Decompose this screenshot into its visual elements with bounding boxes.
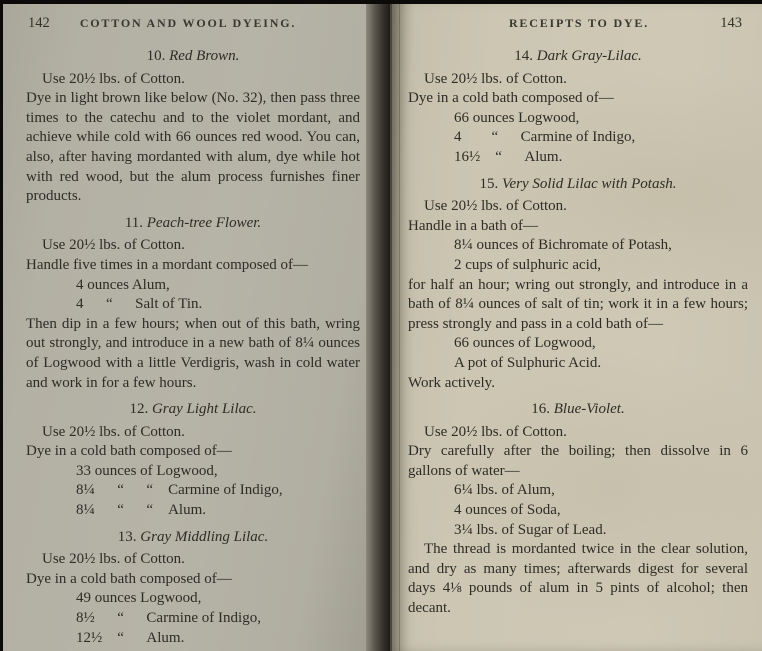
right-running-title: RECEIPTS TO DYE.	[509, 16, 649, 30]
ingredient-line: 3¼ lbs. of Sugar of Lead.	[408, 521, 748, 541]
paragraph: Dye in a cold bath composed of—	[26, 442, 360, 462]
paragraph: Dye in a cold bath composed of—	[408, 89, 748, 109]
section-number: 11.	[125, 215, 147, 231]
section: 15. Very Solid Lilac with Potash.Use 20½…	[408, 175, 748, 394]
section-number: 13.	[118, 529, 141, 545]
use-line: Use 20½ lbs. of Cotton.	[26, 550, 360, 570]
section-number: 12.	[129, 401, 152, 417]
section-heading: 10. Red Brown.	[26, 47, 360, 67]
section: 16. Blue-Violet.Use 20½ lbs. of Cotton.D…	[408, 400, 748, 619]
ingredient-line: 4 ounces Alum,	[26, 276, 360, 296]
section-title: Very Solid Lilac with Potash.	[502, 176, 677, 192]
ingredient-line: 2 cups of sulphuric acid,	[408, 256, 748, 276]
paragraph: for half an hour; wring out strongly, an…	[408, 276, 748, 335]
section-heading: 12. Gray Light Lilac.	[26, 400, 360, 420]
paragraph: The thread is mordanted twice in the cle…	[408, 540, 748, 618]
ingredient-line: 4 “ Salt of Tin.	[26, 295, 360, 315]
ingredient-line: 66 ounces of Logwood,	[408, 334, 748, 354]
use-line: Use 20½ lbs. of Cotton.	[408, 70, 748, 90]
section-heading: 14. Dark Gray-Lilac.	[408, 47, 748, 67]
ingredient-line: 66 ounces Logwood,	[408, 109, 748, 129]
section-heading: 15. Very Solid Lilac with Potash.	[408, 175, 748, 195]
left-page-header: 142 COTTON AND WOOL DYEING.	[26, 14, 360, 34]
use-line: Use 20½ lbs. of Cotton.	[26, 423, 360, 443]
right-page-header: RECEIPTS TO DYE. 143	[408, 14, 748, 34]
section-title: Gray Middling Lilac.	[140, 529, 268, 545]
paragraph: Dye in a cold bath composed of—	[26, 570, 360, 590]
section-number: 15.	[479, 176, 502, 192]
use-line: Use 20½ lbs. of Cotton.	[26, 70, 360, 90]
book-scan: 142 COTTON AND WOOL DYEING. 10. Red Brow…	[0, 0, 762, 651]
ingredient-line: 8½ “ Carmine of Indigo,	[26, 609, 360, 629]
book-gutter	[366, 0, 390, 651]
left-running-title: COTTON AND WOOL DYEING.	[80, 16, 296, 30]
section-number: 10.	[147, 48, 170, 64]
section-title: Blue-Violet.	[554, 401, 625, 417]
use-line: Use 20½ lbs. of Cotton.	[408, 423, 748, 443]
use-line: Use 20½ lbs. of Cotton.	[408, 197, 748, 217]
section-number: 14.	[514, 48, 537, 64]
section: 10. Red Brown.Use 20½ lbs. of Cotton.Dye…	[26, 47, 360, 207]
left-page-number: 142	[28, 14, 50, 34]
right-page-number: 143	[720, 14, 742, 34]
ingredient-line: 4 “ Carmine of Indigo,	[408, 128, 748, 148]
ingredient-line: 8¼ “ “ Carmine of Indigo,	[26, 481, 360, 501]
ingredient-line: 8¼ ounces of Bichromate of Potash,	[408, 236, 748, 256]
ingredient-line: 8¼ “ “ Alum.	[26, 501, 360, 521]
use-line: Use 20½ lbs. of Cotton.	[26, 236, 360, 256]
paragraph: Dye in light brown like below (No. 32), …	[26, 89, 360, 207]
right-page: RECEIPTS TO DYE. 143 14. Dark Gray-Lilac…	[390, 0, 762, 651]
section-heading: 16. Blue-Violet.	[408, 400, 748, 420]
section-title: Dark Gray-Lilac.	[537, 48, 642, 64]
section: 12. Gray Light Lilac.Use 20½ lbs. of Cot…	[26, 400, 360, 521]
left-page-body: 10. Red Brown.Use 20½ lbs. of Cotton.Dye…	[26, 47, 360, 648]
ingredient-line: 4 ounces of Soda,	[408, 501, 748, 521]
paragraph: Dry carefully after the boiling; then di…	[408, 442, 748, 481]
section-heading: 11. Peach-tree Flower.	[26, 214, 360, 234]
section-number: 16.	[531, 401, 554, 417]
section-title: Peach-tree Flower.	[147, 215, 261, 231]
ingredient-line: A pot of Sulphuric Acid.	[408, 354, 748, 374]
paragraph: Handle in a bath of—	[408, 217, 748, 237]
ingredient-line: 33 ounces of Logwood,	[26, 462, 360, 482]
left-page: 142 COTTON AND WOOL DYEING. 10. Red Brow…	[0, 0, 366, 651]
ingredient-line: 6¼ lbs. of Alum,	[408, 481, 748, 501]
ingredient-line: 12½ “ Alum.	[26, 629, 360, 649]
section: 13. Gray Middling Lilac.Use 20½ lbs. of …	[26, 528, 360, 649]
ingredient-line: 16½ “ Alum.	[408, 148, 748, 168]
section: 11. Peach-tree Flower.Use 20½ lbs. of Co…	[26, 214, 360, 393]
paragraph: Handle five times in a mordant composed …	[26, 256, 360, 276]
paragraph: Work actively.	[408, 374, 748, 394]
section: 14. Dark Gray-Lilac.Use 20½ lbs. of Cott…	[408, 47, 748, 168]
right-page-body: 14. Dark Gray-Lilac.Use 20½ lbs. of Cott…	[408, 47, 748, 619]
paragraph: Then dip in a few hours; when out of thi…	[26, 315, 360, 393]
scan-top-edge	[0, 0, 762, 4]
section-title: Red Brown.	[169, 48, 239, 64]
section-heading: 13. Gray Middling Lilac.	[26, 528, 360, 548]
ingredient-line: 49 ounces Logwood,	[26, 589, 360, 609]
section-title: Gray Light Lilac.	[152, 401, 257, 417]
scan-left-edge	[0, 0, 3, 651]
